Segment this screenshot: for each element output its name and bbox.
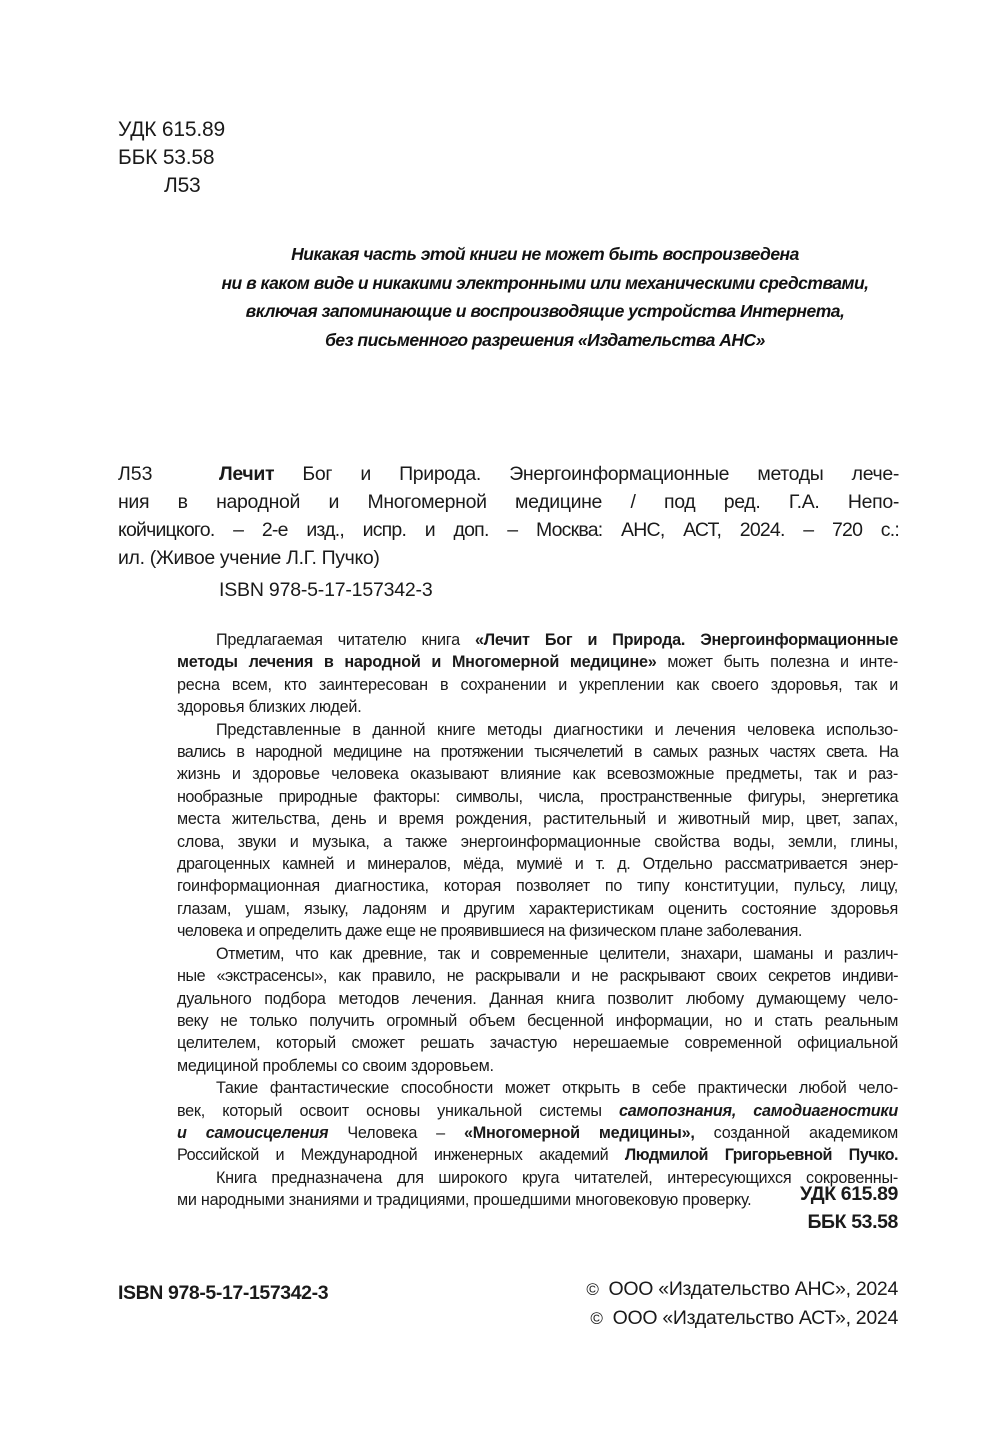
entry-line: койчицкого. – 2-е изд., испр. и доп. – М… [118, 516, 899, 544]
annotation-line: слова, звуки и музыка, а также энергоинф… [177, 831, 898, 853]
entry-description: Лечит Бог и Природа. Энергоинформационны… [219, 460, 899, 572]
classification-codes: УДК 615.89 ББК 53.58 Л53 [118, 116, 225, 200]
annotation-line: Представленные в данной книге методы диа… [177, 719, 898, 741]
copyright-line: ©ООО «Издательство АСТ», 2024 [586, 1304, 898, 1333]
copyright-notice: Никакая часть этой книги не может быть в… [150, 240, 940, 354]
footer-bbk-code: ББК 53.58 [800, 1208, 898, 1236]
annotation-line: места жительства, день и время рождения,… [177, 808, 898, 830]
annotation-line: век, который освоит основы уникальной си… [177, 1100, 898, 1122]
annotation-line: веку не только получить огромный объем б… [177, 1010, 898, 1032]
udk-code: УДК 615.89 [118, 116, 225, 144]
footer-udk-code: УДК 615.89 [800, 1180, 898, 1208]
annotation-line: Российской и Международной инженерных ак… [177, 1144, 898, 1166]
annotation-line: гоинформационная диагностика, которая по… [177, 875, 898, 897]
entry-author-mark: Л53 [118, 460, 153, 488]
entry-line: Лечит Бог и Природа. Энергоинформационны… [219, 460, 899, 488]
entry-title-bold: Лечит [219, 463, 274, 485]
notice-line: Никакая часть этой книги не может быть в… [150, 240, 940, 269]
annotation-line: нообразные природные факторы: символы, ч… [177, 786, 898, 808]
copyright-line: ©ООО «Издательство АНС», 2024 [586, 1275, 898, 1304]
entry-line: ил. (Живое учение Л.Г. Пучко) [118, 544, 899, 572]
annotation-line: методы лечения в народной и Многомерной … [177, 651, 898, 673]
bbk-code: ББК 53.58 [118, 144, 225, 172]
annotation-line: здоровья близких людей. [177, 696, 898, 718]
annotation: Предлагаемая читателю книга «Лечит Бог и… [177, 629, 898, 1212]
annotation-line: ные «экстрасенсы», как правило, не раскр… [177, 965, 898, 987]
copyright-lines: ©ООО «Издательство АНС», 2024 ©ООО «Изда… [586, 1275, 898, 1333]
entry-isbn: ISBN 978-5-17-157342-3 [219, 576, 433, 604]
annotation-line: жизнь и здоровье человека оказывают влия… [177, 763, 898, 785]
annotation-line: медициной проблемы со своим здоровьем. [177, 1055, 898, 1077]
annotation-line: ми народными знаниями и традициями, прош… [177, 1189, 898, 1211]
author-mark: Л53 [118, 172, 225, 200]
annotation-line: дуального подбора методов лечения. Данна… [177, 988, 898, 1010]
annotation-line: вались в народной медицине на протяжении… [177, 741, 898, 763]
entry-line: ния в народной и Многомерной медицине / … [118, 488, 899, 516]
copyright-icon: © [590, 1309, 602, 1328]
copyright-icon: © [586, 1280, 598, 1299]
annotation-line: целителем, который сможет решать зачасту… [177, 1032, 898, 1054]
annotation-line: человека и определить даже еще не прояви… [177, 920, 898, 942]
annotation-line: и самоисцеления Человека – «Многомерной … [177, 1122, 898, 1144]
footer-classification-codes: УДК 615.89 ББК 53.58 [800, 1180, 898, 1236]
annotation-line: Предлагаемая читателю книга «Лечит Бог и… [177, 629, 898, 651]
annotation-line: Отметим, что как древние, так и современ… [177, 943, 898, 965]
annotation-line: Книга предназначена для широкого круга ч… [177, 1167, 898, 1189]
imprint-page: УДК 615.89 ББК 53.58 Л53 Никакая часть э… [0, 0, 986, 1447]
footer-isbn: ISBN 978-5-17-157342-3 [118, 1279, 328, 1307]
notice-line: ни в каком виде и никакими электронными … [150, 269, 940, 298]
annotation-line: ресна всем, кто заинтересован в сохранен… [177, 674, 898, 696]
annotation-line: драгоценных камней и минералов, мёда, му… [177, 853, 898, 875]
notice-line: без письменного разрешения «Издательства… [150, 326, 940, 355]
annotation-line: глазам, ушам, языку, ладоням и другим ха… [177, 898, 898, 920]
annotation-line: Такие фантастические способности может о… [177, 1077, 898, 1099]
notice-line: включая запоминающие и воспроизводящие у… [150, 297, 940, 326]
